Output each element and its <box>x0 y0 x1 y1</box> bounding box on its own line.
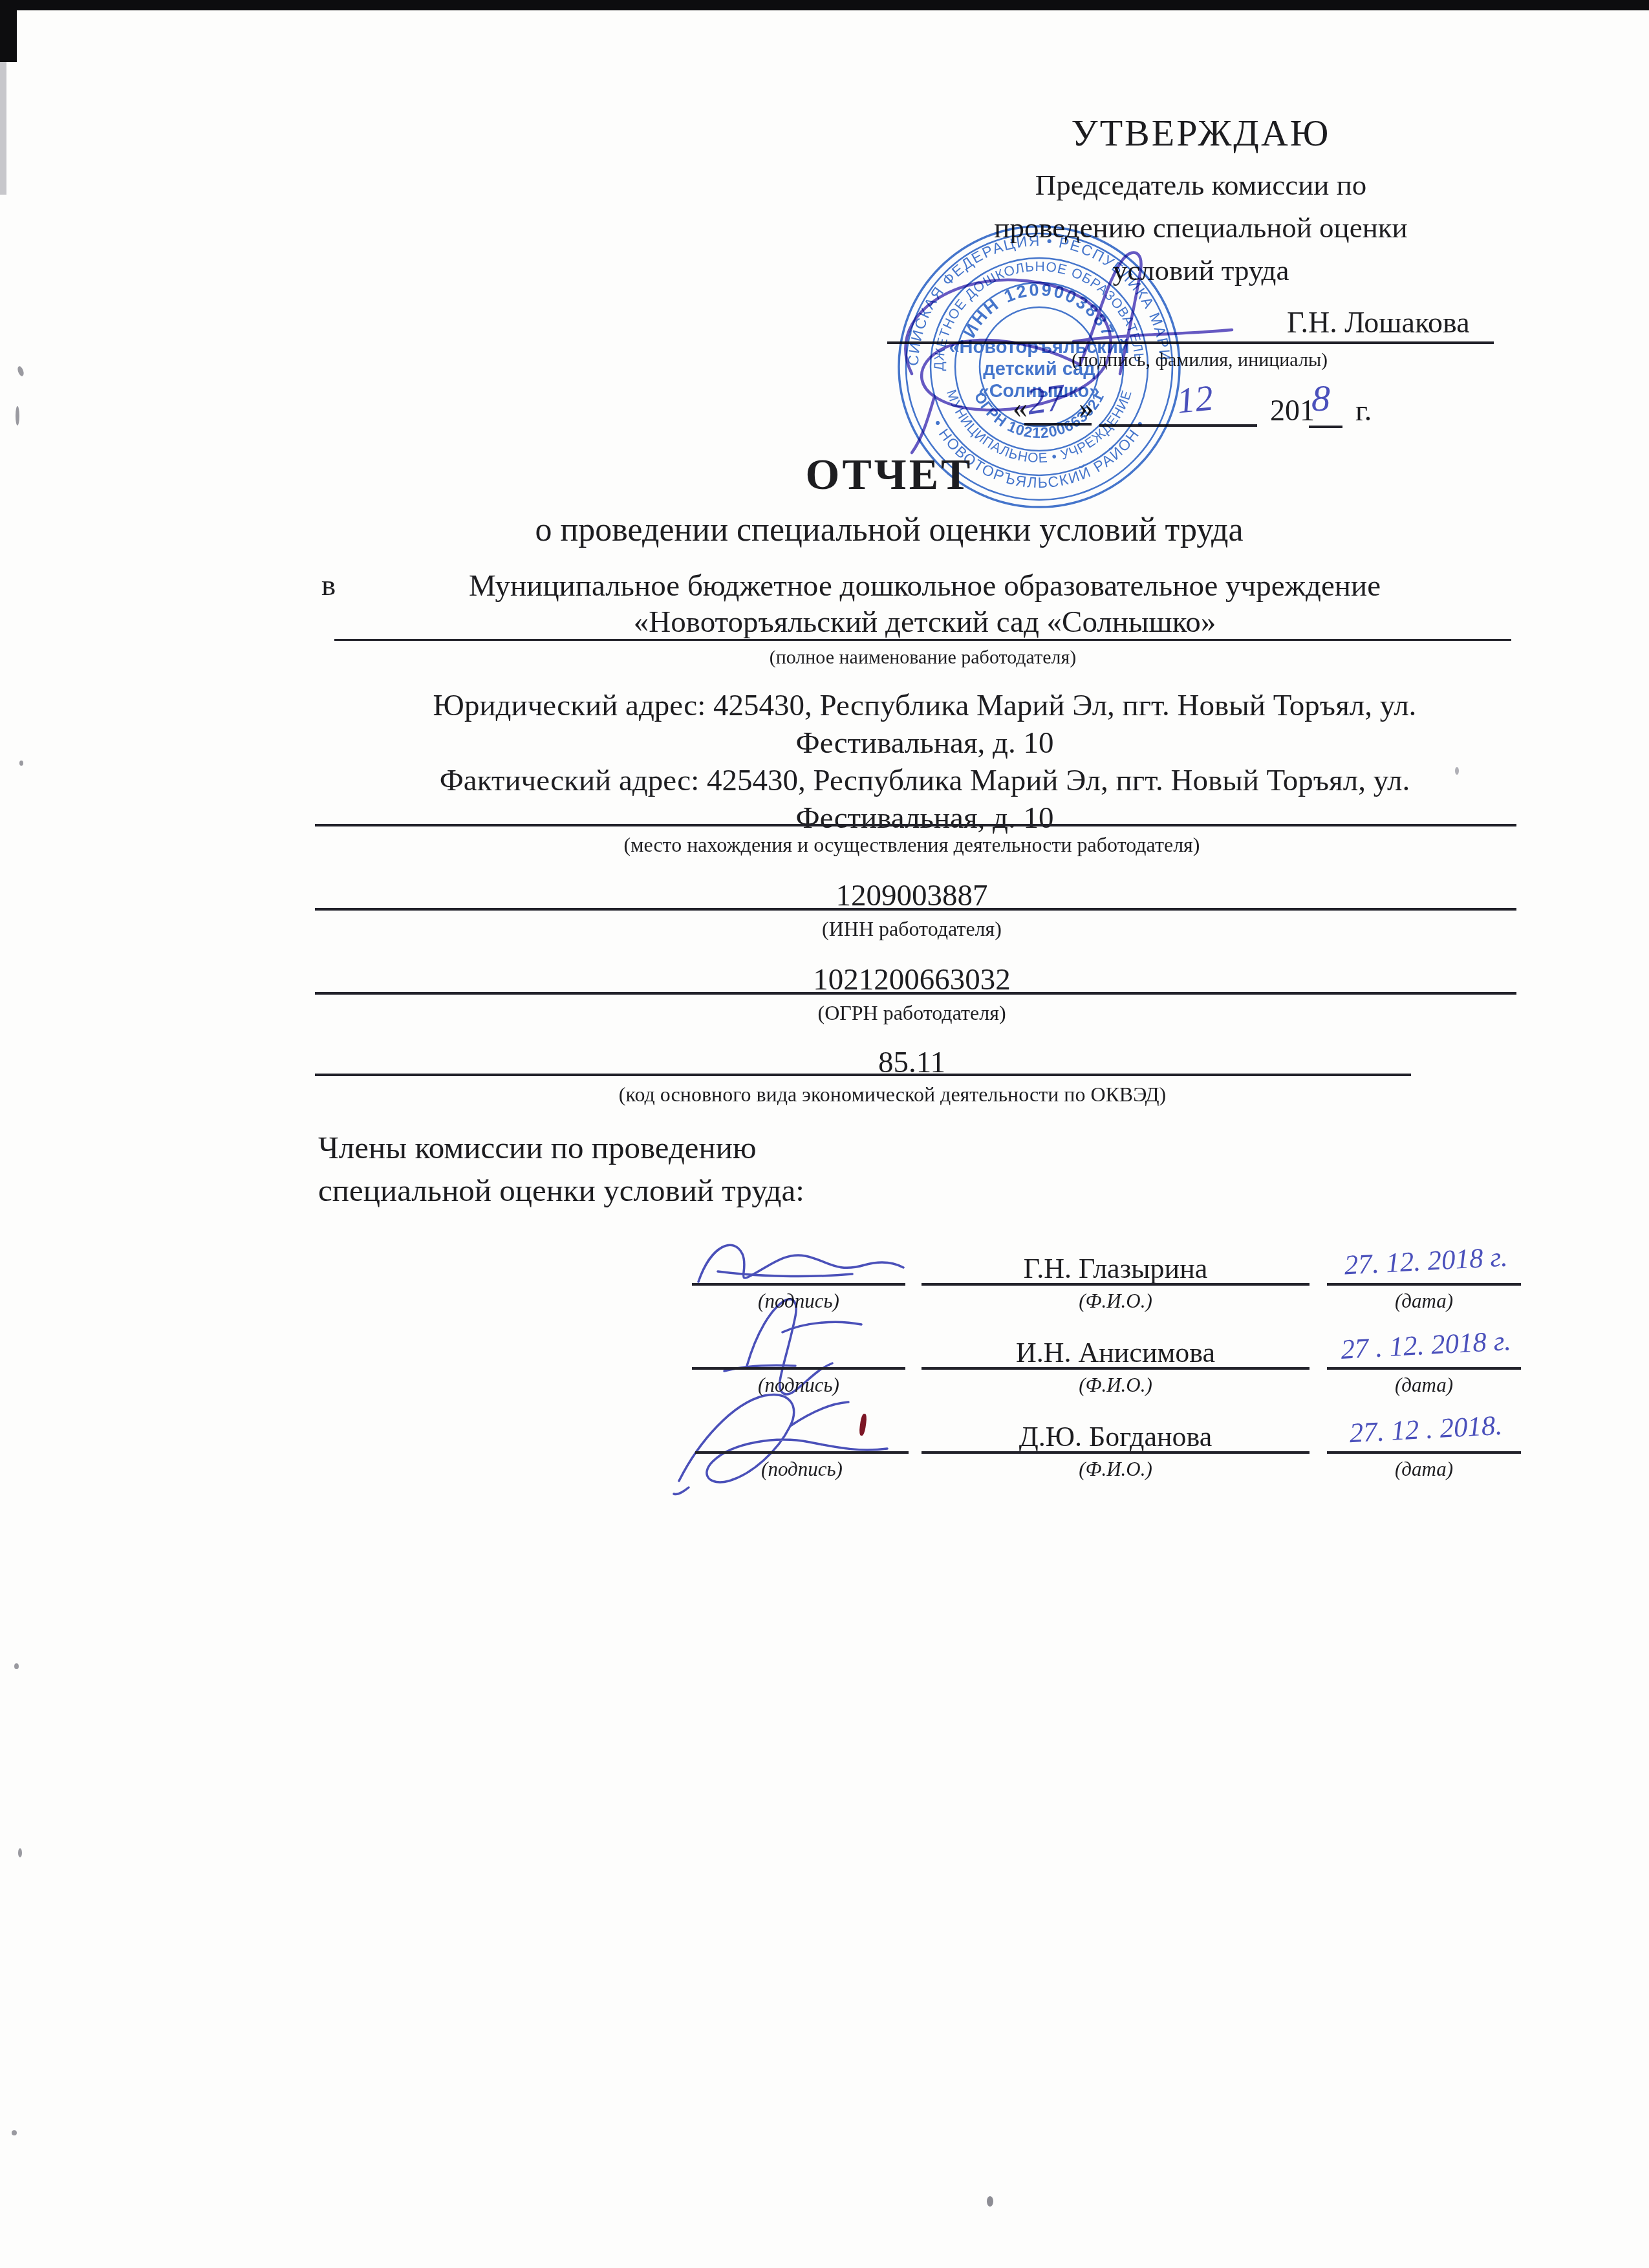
inn-caption: (ИНН работодателя) <box>297 917 1526 941</box>
name-caption: (Ф.И.О.) <box>921 1458 1309 1481</box>
date-cell-line <box>1327 1451 1521 1454</box>
scan-speck <box>14 1663 19 1669</box>
okved-caption: (код основного вида экономической деятел… <box>278 1083 1507 1107</box>
document-subtitle: о проведении специальной оценки условий … <box>259 511 1520 549</box>
member-handwritten-date: 27. 12. 2018 г. <box>1315 1240 1536 1283</box>
scan-speck <box>19 761 23 766</box>
fill-line <box>315 824 1516 826</box>
name-cell-line <box>921 1283 1309 1286</box>
employer-name: Муниципальное бюджетное дошкольное образ… <box>297 568 1552 640</box>
signature-cell-line <box>692 1367 905 1370</box>
members-heading: Члены комиссии по проведению специальной… <box>318 1127 1029 1212</box>
date-caption: (дата) <box>1327 1374 1521 1397</box>
address-line: Фестивальная, д. 10 <box>297 724 1552 762</box>
date-cell-line <box>1327 1367 1521 1370</box>
scan-speck <box>12 2130 17 2135</box>
handwritten-year-digit: 8 <box>1311 376 1330 420</box>
address-line: Фестивальная, д. 10 <box>297 799 1552 837</box>
scan-speck <box>18 1848 22 1857</box>
members-heading-line2: специальной оценки условий труда: <box>318 1169 1029 1212</box>
signature-cell-line <box>695 1451 909 1454</box>
employer-name-line1: Муниципальное бюджетное дошкольное образ… <box>297 568 1552 604</box>
address-line: Фактический адрес: 425430, Республика Ма… <box>297 762 1552 799</box>
name-cell-line <box>921 1367 1309 1370</box>
date-year-line <box>1309 426 1342 428</box>
document-title: ОТЧЕТ <box>259 449 1520 500</box>
member-name: Г.Н. Глазырина <box>921 1252 1309 1285</box>
member-handwritten-date: 27 . 12. 2018 г. <box>1315 1324 1536 1367</box>
scan-edge-artifact <box>0 0 1649 10</box>
address-caption: (место нахождения и осуществления деятел… <box>297 833 1526 857</box>
member-handwritten-date: 27. 12 . 2018. <box>1315 1408 1536 1451</box>
scan-speck <box>17 365 25 377</box>
date-caption: (дата) <box>1327 1290 1521 1313</box>
scan-edge-artifact <box>0 0 17 62</box>
member-name: Д.Ю. Богданова <box>921 1420 1309 1453</box>
scan-speck <box>16 406 19 426</box>
date-year-suffix: г. <box>1355 393 1372 427</box>
name-caption: (Ф.И.О.) <box>921 1374 1309 1397</box>
approver-title-line: Председатель комиссии по <box>900 164 1502 206</box>
name-caption: (Ф.И.О.) <box>921 1290 1309 1313</box>
signature-caption: (подпись) <box>695 1458 909 1481</box>
scan-edge-artifact <box>0 62 6 195</box>
employer-name-line2: «Новоторъяльский детский сад «Солнышко» <box>297 604 1552 640</box>
members-heading-line1: Члены комиссии по проведению <box>318 1127 1029 1169</box>
name-cell-line <box>921 1451 1309 1454</box>
fill-line <box>315 908 1516 911</box>
signature-cell-line <box>692 1283 905 1286</box>
approver-signature <box>867 238 1280 458</box>
fill-line <box>315 1074 1411 1076</box>
date-caption: (дата) <box>1327 1458 1521 1481</box>
address-line: Юридический адрес: 425430, Республика Ма… <box>297 687 1552 724</box>
employer-address: Юридический адрес: 425430, Республика Ма… <box>297 687 1552 837</box>
approve-word: УТВЕРЖДАЮ <box>900 111 1502 155</box>
ogrn-caption: (ОГРН работодателя) <box>297 1001 1526 1025</box>
date-cell-line <box>1327 1283 1521 1286</box>
approver-name: Г.Н. Лошакова <box>1287 305 1470 340</box>
scanned-report-page: УТВЕРЖДАЮ Председатель комиссии по прове… <box>0 0 1649 2268</box>
employer-caption: (полное наименование работодателя) <box>451 647 1395 669</box>
fill-line <box>334 639 1511 641</box>
member-name: И.Н. Анисимова <box>921 1336 1309 1369</box>
scan-speck <box>987 2196 993 2207</box>
fill-line <box>315 992 1516 995</box>
